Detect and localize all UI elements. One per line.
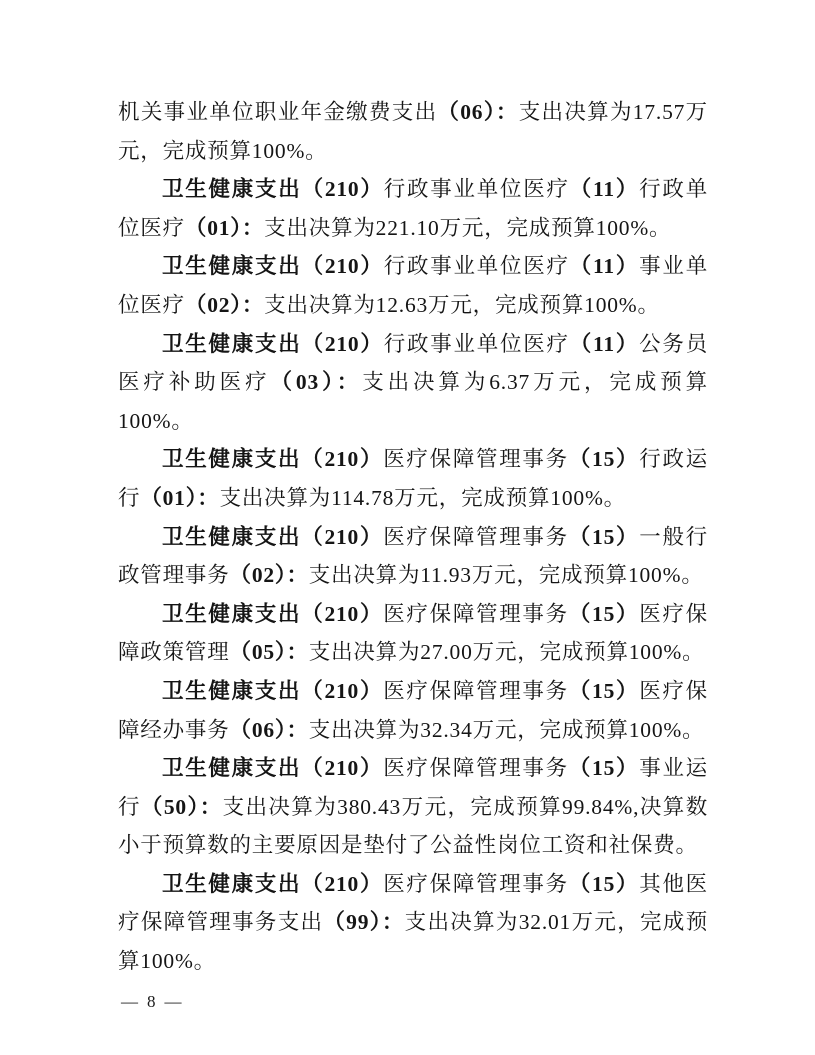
paragraph: 卫生健康支出（210）行政事业单位医疗（11）公务员医疗补助医疗（03）：支出决…	[118, 325, 708, 441]
paragraph: 卫生健康支出（210）行政事业单位医疗（11）事业单位医疗（02）：支出决算为1…	[118, 247, 708, 324]
code-segment: （210）	[301, 602, 383, 626]
code-segment: （06）：	[437, 100, 518, 124]
text-segment: 医疗保障管理事务	[383, 447, 569, 471]
code-segment: （210）	[302, 332, 384, 356]
category-bold-segment: 卫生健康支出	[162, 447, 301, 471]
text-segment: 医疗保障管理事务	[383, 525, 569, 549]
page-number: 8	[147, 992, 156, 1012]
code-segment: （99）：	[323, 910, 404, 934]
code-segment: （01）：	[185, 216, 264, 240]
category-bold-segment: 卫生健康支出	[162, 332, 302, 356]
code-segment: （15）	[569, 602, 639, 626]
text-segment: 支出决算为114.78万元，完成预算100%。	[220, 486, 626, 510]
text-segment: 医疗保障管理事务	[383, 602, 569, 626]
document-body: 机关事业单位职业年金缴费支出（06）：支出决算为17.57万元，完成预算100%…	[118, 93, 708, 981]
code-segment: （15）	[569, 525, 639, 549]
category-bold-segment: 卫生健康支出	[162, 602, 301, 626]
code-segment: （50）：	[141, 795, 223, 819]
code-segment: （210）	[302, 254, 384, 278]
paragraph: 卫生健康支出（210）医疗保障管理事务（15）事业运行（50）：支出决算为380…	[118, 749, 708, 865]
code-segment: （02）：	[185, 293, 264, 317]
document-page: 机关事业单位职业年金缴费支出（06）：支出决算为17.57万元，完成预算100%…	[0, 0, 815, 1055]
code-segment: （11）	[570, 332, 639, 356]
paragraph: 机关事业单位职业年金缴费支出（06）：支出决算为17.57万元，完成预算100%…	[118, 93, 708, 170]
code-segment: （11）	[570, 254, 639, 278]
code-segment: （15）	[569, 756, 639, 780]
code-segment: （210）	[301, 872, 383, 896]
text-segment: 支出决算为32.34万元，完成预算100%。	[309, 718, 705, 742]
code-segment: （02）：	[230, 563, 309, 587]
text-segment: 医疗保障管理事务	[383, 679, 569, 703]
code-segment: （05）：	[230, 640, 309, 664]
text-segment: 行政事业单位医疗	[384, 177, 570, 201]
code-segment: （11）	[570, 177, 639, 201]
text-segment: 支出决算为12.63万元，完成预算100%。	[264, 293, 660, 317]
text-segment: 机关事业单位职业年金缴费支出	[118, 100, 437, 124]
code-segment: （01）：	[140, 486, 219, 510]
code-segment: （03）：	[270, 370, 362, 394]
text-segment: 医疗保障管理事务	[383, 872, 569, 896]
footer-right-dash: —	[165, 992, 182, 1012]
category-bold-segment: 卫生健康支出	[162, 525, 301, 549]
code-segment: （210）	[301, 756, 383, 780]
code-segment: （15）	[569, 679, 639, 703]
code-segment: （15）	[569, 872, 639, 896]
category-bold-segment: 卫生健康支出	[162, 679, 301, 703]
category-bold-segment: 卫生健康支出	[162, 872, 301, 896]
category-bold-segment: 卫生健康支出	[162, 177, 302, 201]
text-segment: 支出决算为221.10万元，完成预算100%。	[264, 216, 671, 240]
code-segment: （210）	[301, 447, 383, 471]
paragraph: 卫生健康支出（210）行政事业单位医疗（11）行政单位医疗（01）：支出决算为2…	[118, 170, 708, 247]
code-segment: （210）	[302, 177, 384, 201]
text-segment: 行政事业单位医疗	[384, 332, 570, 356]
code-segment: （210）	[301, 679, 383, 703]
code-segment: （06）：	[230, 718, 309, 742]
footer-left-dash: —	[121, 992, 138, 1012]
paragraph: 卫生健康支出（210）医疗保障管理事务（15）其他医疗保障管理事务支出（99）：…	[118, 865, 708, 981]
category-bold-segment: 卫生健康支出	[162, 254, 302, 278]
page-footer: —8—	[121, 992, 182, 1012]
paragraph: 卫生健康支出（210）医疗保障管理事务（15）一般行政管理事务（02）：支出决算…	[118, 518, 708, 595]
paragraph: 卫生健康支出（210）医疗保障管理事务（15）医疗保障政策管理（05）：支出决算…	[118, 595, 708, 672]
paragraph: 卫生健康支出（210）医疗保障管理事务（15）行政运行（01）：支出决算为114…	[118, 440, 708, 517]
code-segment: （15）	[569, 447, 639, 471]
text-segment: 支出决算为11.93万元，完成预算100%。	[309, 563, 704, 587]
code-segment: （210）	[301, 525, 383, 549]
text-segment: 医疗保障管理事务	[383, 756, 569, 780]
paragraph: 卫生健康支出（210）医疗保障管理事务（15）医疗保障经办事务（06）：支出决算…	[118, 672, 708, 749]
category-bold-segment: 卫生健康支出	[162, 756, 301, 780]
text-segment: 行政事业单位医疗	[384, 254, 570, 278]
text-segment: 支出决算为27.00万元，完成预算100%。	[309, 640, 705, 664]
